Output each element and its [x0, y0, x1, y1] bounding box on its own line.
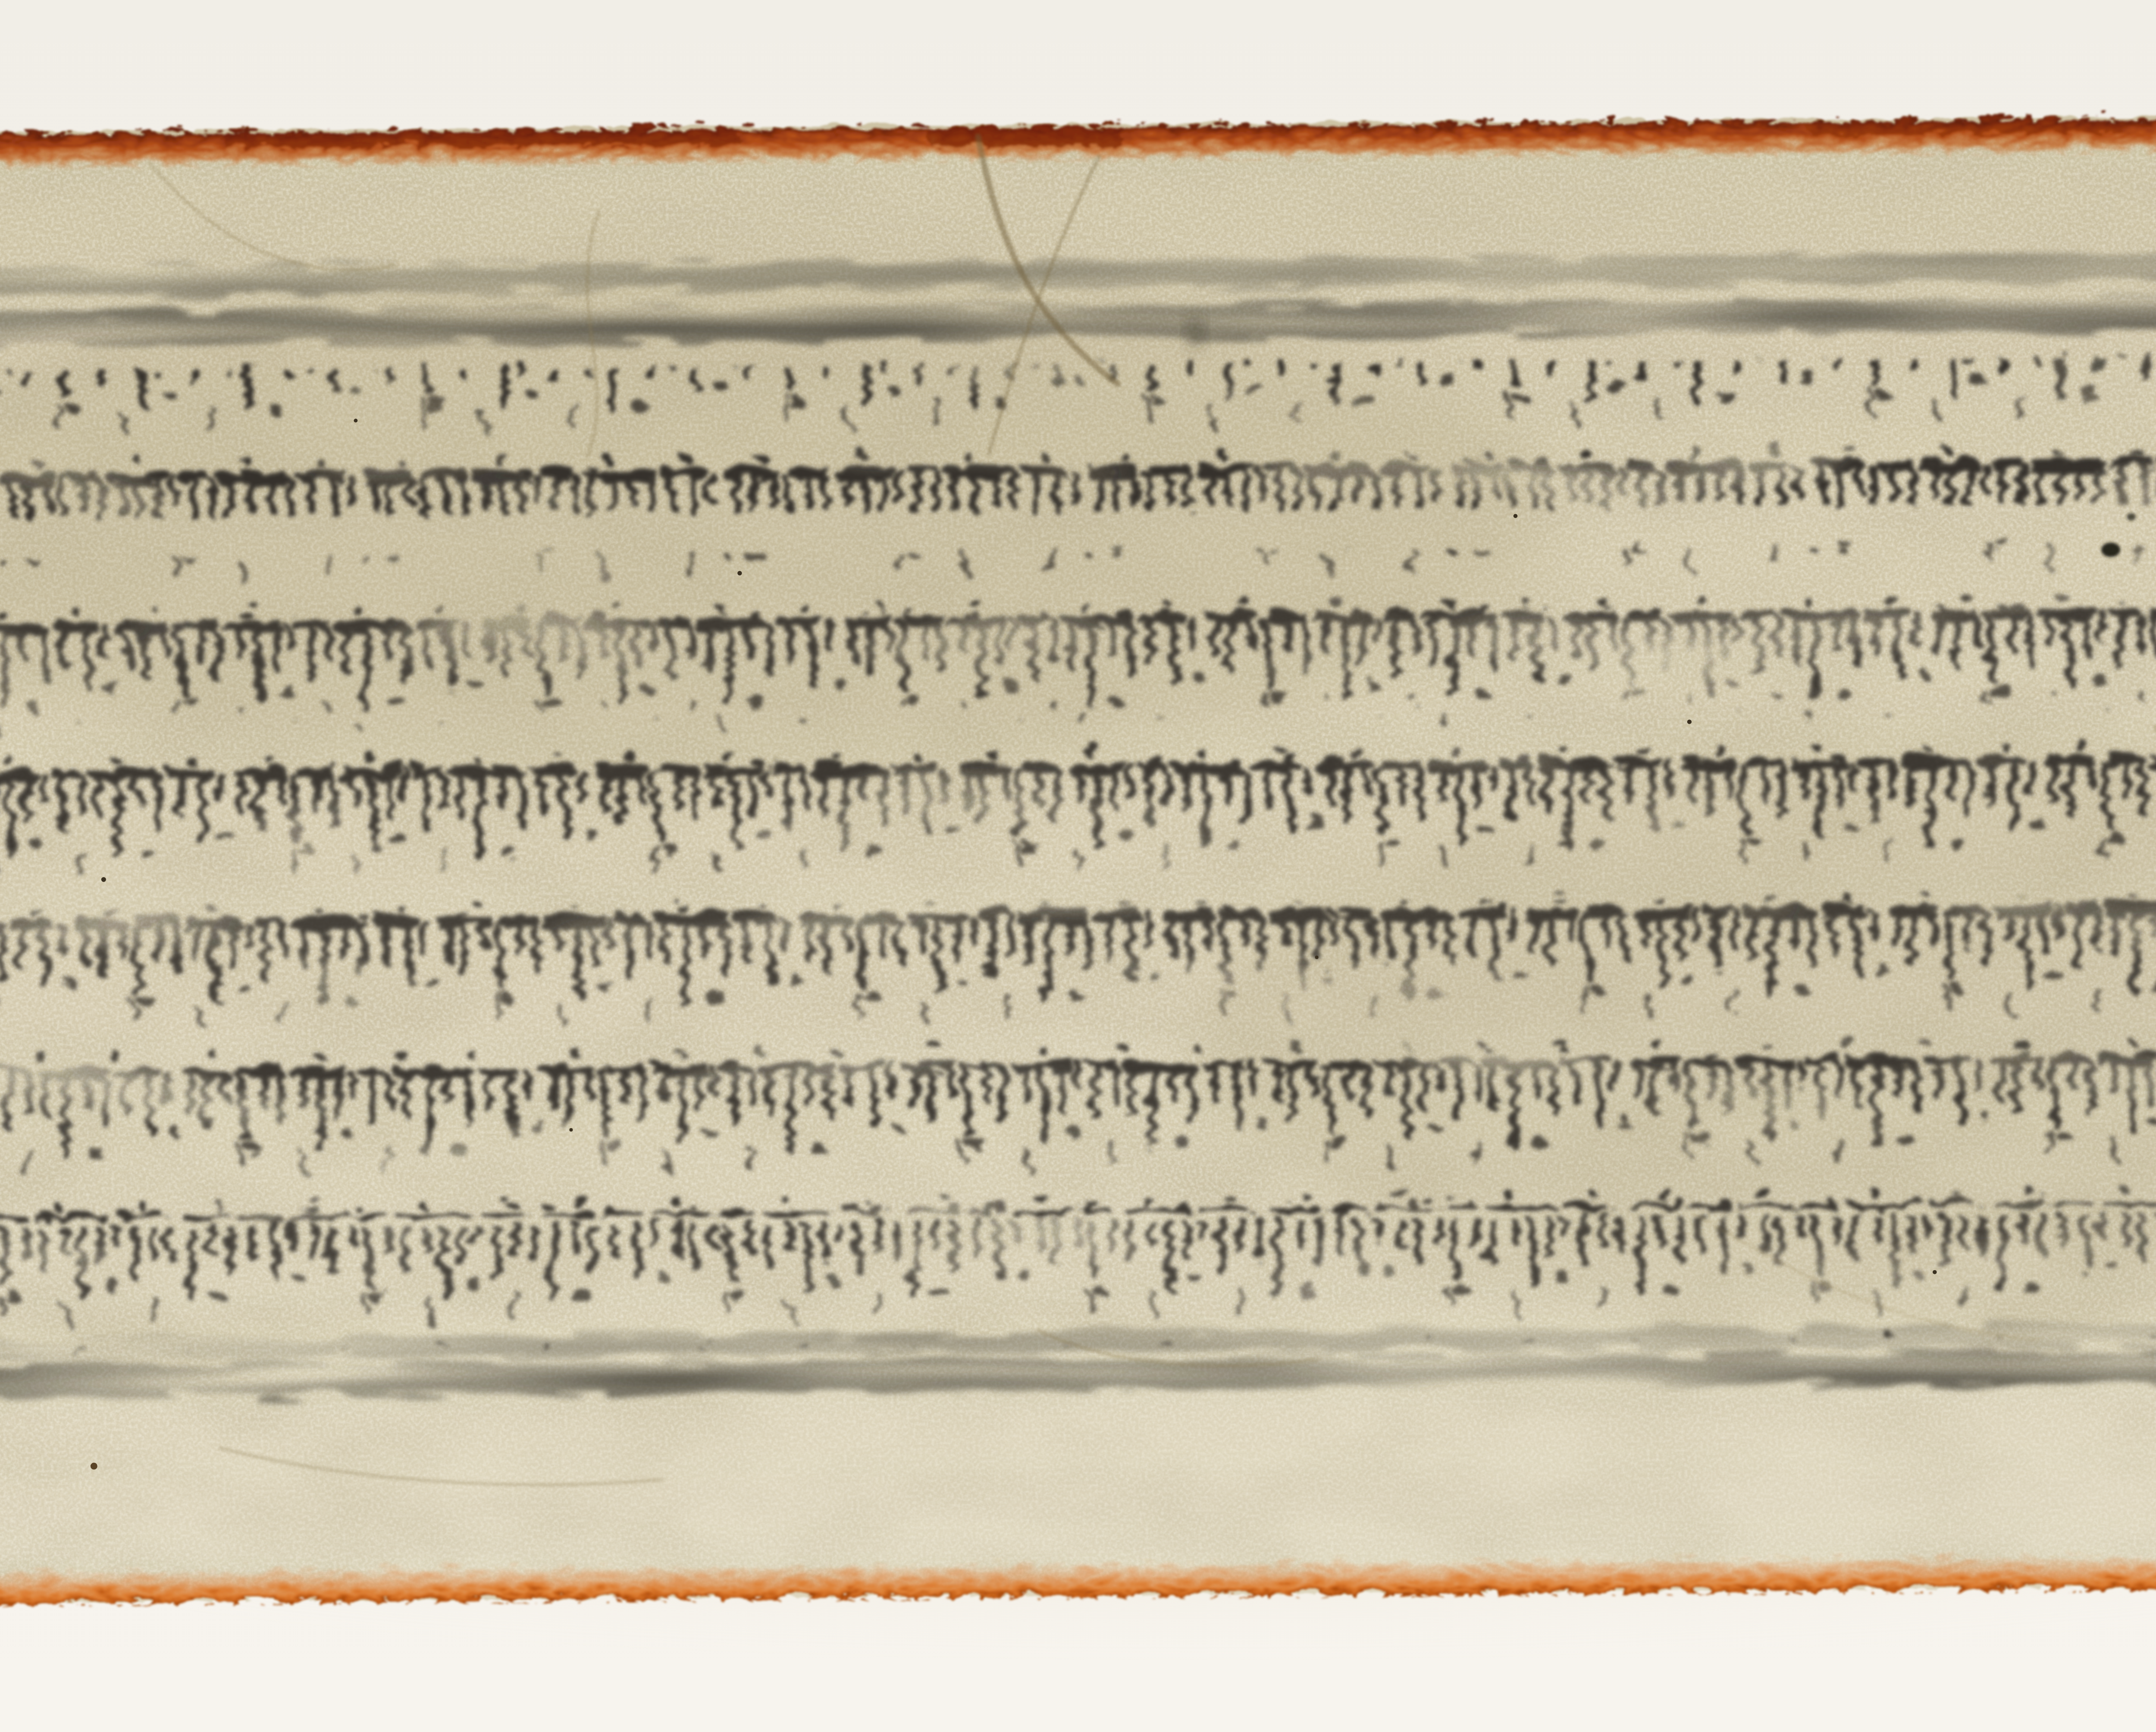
- script-line-2: [0, 535, 2156, 710]
- script-lines: [0, 347, 2156, 1349]
- script-line-1: [0, 347, 2156, 515]
- script-line-6: [0, 1205, 2156, 1349]
- paper-sheet: [0, 111, 2156, 1608]
- photo-backdrop: [0, 0, 2156, 1732]
- script-line-5: [0, 1046, 2156, 1217]
- script-line-4: [0, 885, 2156, 1057]
- manuscript-photo: [0, 0, 2156, 1732]
- script-line-3: [0, 701, 2156, 872]
